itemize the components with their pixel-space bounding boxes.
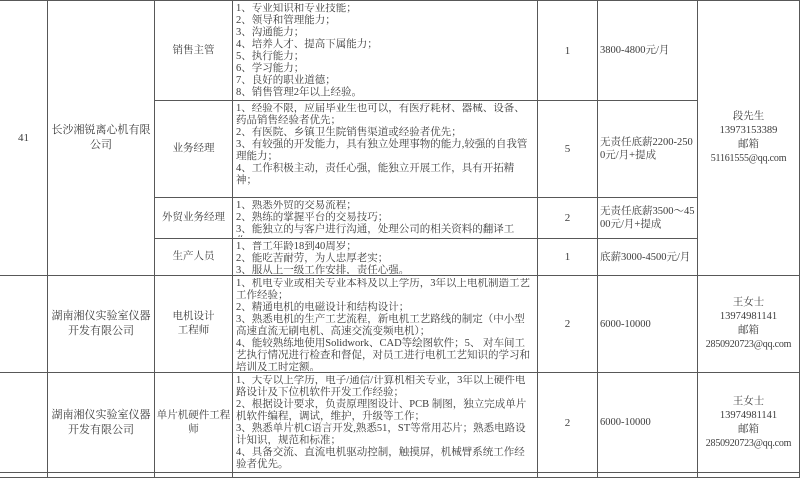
job-row: 湖南湘仪实验室仪器 开发有限公司电机设计 工程师1、机电专业或相关专业本科及以上…	[0, 276, 800, 373]
contact-email-label: 邮箱	[699, 423, 798, 437]
requirement-line: 8、销售管理2年以上经验。	[236, 87, 534, 99]
requirement-line: 2、精通电机的电磁设计和结构设计；	[236, 302, 534, 314]
contact-phone: 13973153389	[699, 124, 798, 138]
requirement-line: 5、执行能力；	[236, 51, 534, 63]
position-title-cell: 外贸业务经理	[155, 198, 233, 239]
requirement-line: 3、熟悉电机的生产工艺流程，新电机工艺路线的制定（中小型高速直流无刷电机、高速交…	[236, 314, 534, 338]
requirement-line: 2、能吃苦耐劳，为人忠厚老实；	[236, 253, 534, 265]
requirement-line: 4、能较熟练地使用Solidwork、CAD等绘图软件；5、 对车间工艺执行情况…	[236, 338, 534, 371]
company-name-cell: 湖南湘仪实验室仪器 开发有限公司	[48, 373, 155, 473]
headcount-cell: 5	[538, 101, 598, 198]
contact-phone: 13974981141	[699, 409, 798, 423]
job-table: 41长沙湘锐离心机有限 公司销售主管1、专业知识和专业技能；2、领导和管理能力；…	[0, 0, 800, 478]
requirements-cell: 1、熟悉外贸的交易流程；2、熟练的掌握平台的交易技巧；3、能独立的与客户进行沟通…	[233, 198, 538, 239]
requirements-list: 1、经验不限，应届毕业生也可以，有医疗耗材、器械、设备、药品销售经验者优先；2、…	[236, 103, 534, 196]
requirements-cell: 1、经验不限，应届毕业生也可以，有医疗耗材、器械、设备、药品销售经验者优先；2、…	[233, 101, 538, 198]
salary-cell: 3800-4800元/月	[598, 1, 698, 101]
company-name-cell: 长沙湘锐离心机有限 公司	[48, 1, 155, 276]
contact-email-label: 邮箱	[699, 138, 798, 152]
contact-email: 2850920723@qq.com	[699, 338, 798, 352]
requirements-list: 1、普工年龄18到40周岁；2、能吃苦耐劳，为人忠厚老实；3、服从上一级工作安排…	[236, 241, 534, 274]
cropped-cell	[698, 473, 800, 478]
job-listing-page: 41长沙湘锐离心机有限 公司销售主管1、专业知识和专业技能；2、领导和管理能力；…	[0, 0, 800, 478]
job-row: 湖南湘仪实验室仪器 开发有限公司单片机硬件工程 师1、大专以上学历，电子/通信/…	[0, 373, 800, 473]
requirement-line: 1、经验不限，应届毕业生也可以，有医疗耗材、器械、设备、药品销售经验者优先；	[236, 103, 534, 127]
job-row: 41长沙湘锐离心机有限 公司销售主管1、专业知识和专业技能；2、领导和管理能力；…	[0, 1, 800, 101]
requirement-line: 6、学习能力；	[236, 63, 534, 75]
company-name-cell: 湖南湘仪实验室仪器 开发有限公司	[48, 276, 155, 373]
contact-cell: 段先生13973153389邮箱51161555@qq.com	[698, 1, 800, 276]
cropped-cell	[598, 473, 698, 478]
requirement-line: 7、良好的职业道德；	[236, 75, 534, 87]
requirements-list: 1、大专以上学历，电子/通信/计算机相关专业，3年以上硬件电路设计及下位机软件开…	[236, 375, 534, 471]
requirement-line: 1、机电专业或相关专业本科及以上学历，3年以上电机制造工艺工作经验；	[236, 278, 534, 302]
position-title-cell: 生产人员	[155, 239, 233, 276]
requirements-cell: 1、大专以上学历，电子/通信/计算机相关专业，3年以上硬件电路设计及下位机软件开…	[233, 373, 538, 473]
headcount-cell: 1	[538, 1, 598, 101]
contact-cell: 王女士13974981141邮箱2850920723@qq.com	[698, 373, 800, 473]
requirement-line: 2、熟练的掌握平台的交易技巧；	[236, 212, 534, 224]
salary-cell: 6000-10000	[598, 276, 698, 373]
headcount-cell: 1	[538, 239, 598, 276]
cropped-cell	[48, 473, 155, 478]
requirement-line: 1、熟悉外贸的交易流程；	[236, 200, 534, 212]
contact-phone: 13974981141	[699, 310, 798, 324]
requirement-line: 4、具备交流、直流电机驱动控制，触摸屏，机械臂系统工作经验者优先。	[236, 447, 534, 471]
requirement-line: 2、根据设计要求，负责原理图设计、PCB 制图，独立完成单片机软件编程，调试，维…	[236, 399, 534, 423]
requirement-line: 3、服从上一级工作安排，责任心强。	[236, 265, 534, 274]
cropped-next-row	[0, 473, 800, 478]
headcount-cell: 2	[538, 373, 598, 473]
requirement-line: 4、培养人才、提高下属能力；	[236, 39, 534, 51]
requirement-line: 1、专业知识和专业技能；	[236, 3, 534, 15]
requirement-line: 2、有医院、乡镇卫生院销售渠道或经验者优先；	[236, 127, 534, 139]
contact-cell: 王女士13974981141邮箱2850920723@qq.com	[698, 276, 800, 373]
headcount-cell: 2	[538, 198, 598, 239]
position-title-cell: 业务经理	[155, 101, 233, 198]
requirement-line: 4、工作积极主动，责任心强，能独立开展工作，具有开拓精神；	[236, 163, 534, 187]
requirement-line	[236, 187, 534, 196]
requirements-cell: 1、普工年龄18到40周岁；2、能吃苦耐劳，为人忠厚老实；3、服从上一级工作安排…	[233, 239, 538, 276]
contact-email: 51161555@qq.com	[699, 152, 798, 166]
position-title-cell: 销售主管	[155, 1, 233, 101]
requirements-list: 1、专业知识和专业技能；2、领导和管理能力；3、沟通能力；4、培养人才、提高下属…	[236, 3, 534, 99]
requirements-list: 1、熟悉外贸的交易流程；2、熟练的掌握平台的交易技巧；3、能独立的与客户进行沟通…	[236, 200, 534, 237]
contact-email: 2850920723@qq.com	[699, 437, 798, 451]
headcount-cell: 2	[538, 276, 598, 373]
contact-name: 段先生	[699, 110, 798, 124]
salary-cell: 无责任底薪3500～4500元/月+提成	[598, 198, 698, 239]
requirements-cell: 1、专业知识和专业技能；2、领导和管理能力；3、沟通能力；4、培养人才、提高下属…	[233, 1, 538, 101]
salary-cell: 底薪3000-4500元/月	[598, 239, 698, 276]
contact-name: 王女士	[699, 395, 798, 409]
requirement-line: 3、有较强的开发能力，具有独立处理事物的能力,较强的自我管理能力；	[236, 139, 534, 163]
salary-cell: 无责任底薪2200-2500元/月+提成	[598, 101, 698, 198]
cropped-cell	[155, 473, 233, 478]
requirement-line: 3、能独立的与客户进行沟通，处理公司的相关资料的翻译工作。	[236, 224, 534, 237]
row-number-cell	[0, 373, 48, 473]
requirement-line: 2、领导和管理能力；	[236, 15, 534, 27]
row-number-cell	[0, 276, 48, 373]
requirements-cell: 1、机电专业或相关专业本科及以上学历，3年以上电机制造工艺工作经验；2、精通电机…	[233, 276, 538, 373]
requirement-line: 1、大专以上学历，电子/通信/计算机相关专业，3年以上硬件电路设计及下位机软件开…	[236, 375, 534, 399]
position-title-cell: 单片机硬件工程 师	[155, 373, 233, 473]
cropped-cell	[538, 473, 598, 478]
row-number-cell: 41	[0, 1, 48, 276]
requirements-list: 1、机电专业或相关专业本科及以上学历，3年以上电机制造工艺工作经验；2、精通电机…	[236, 278, 534, 371]
salary-cell: 6000-10000	[598, 373, 698, 473]
cropped-cell	[0, 473, 48, 478]
cropped-cell	[233, 473, 538, 478]
requirement-line: 3、沟通能力；	[236, 27, 534, 39]
requirement-line: 3、熟悉单片机C语言开发,熟悉51，ST等常用芯片；熟悉电路设计知识，规范和标准…	[236, 423, 534, 447]
contact-name: 王女士	[699, 296, 798, 310]
requirement-line: 1、普工年龄18到40周岁；	[236, 241, 534, 253]
contact-email-label: 邮箱	[699, 324, 798, 338]
position-title-cell: 电机设计 工程师	[155, 276, 233, 373]
